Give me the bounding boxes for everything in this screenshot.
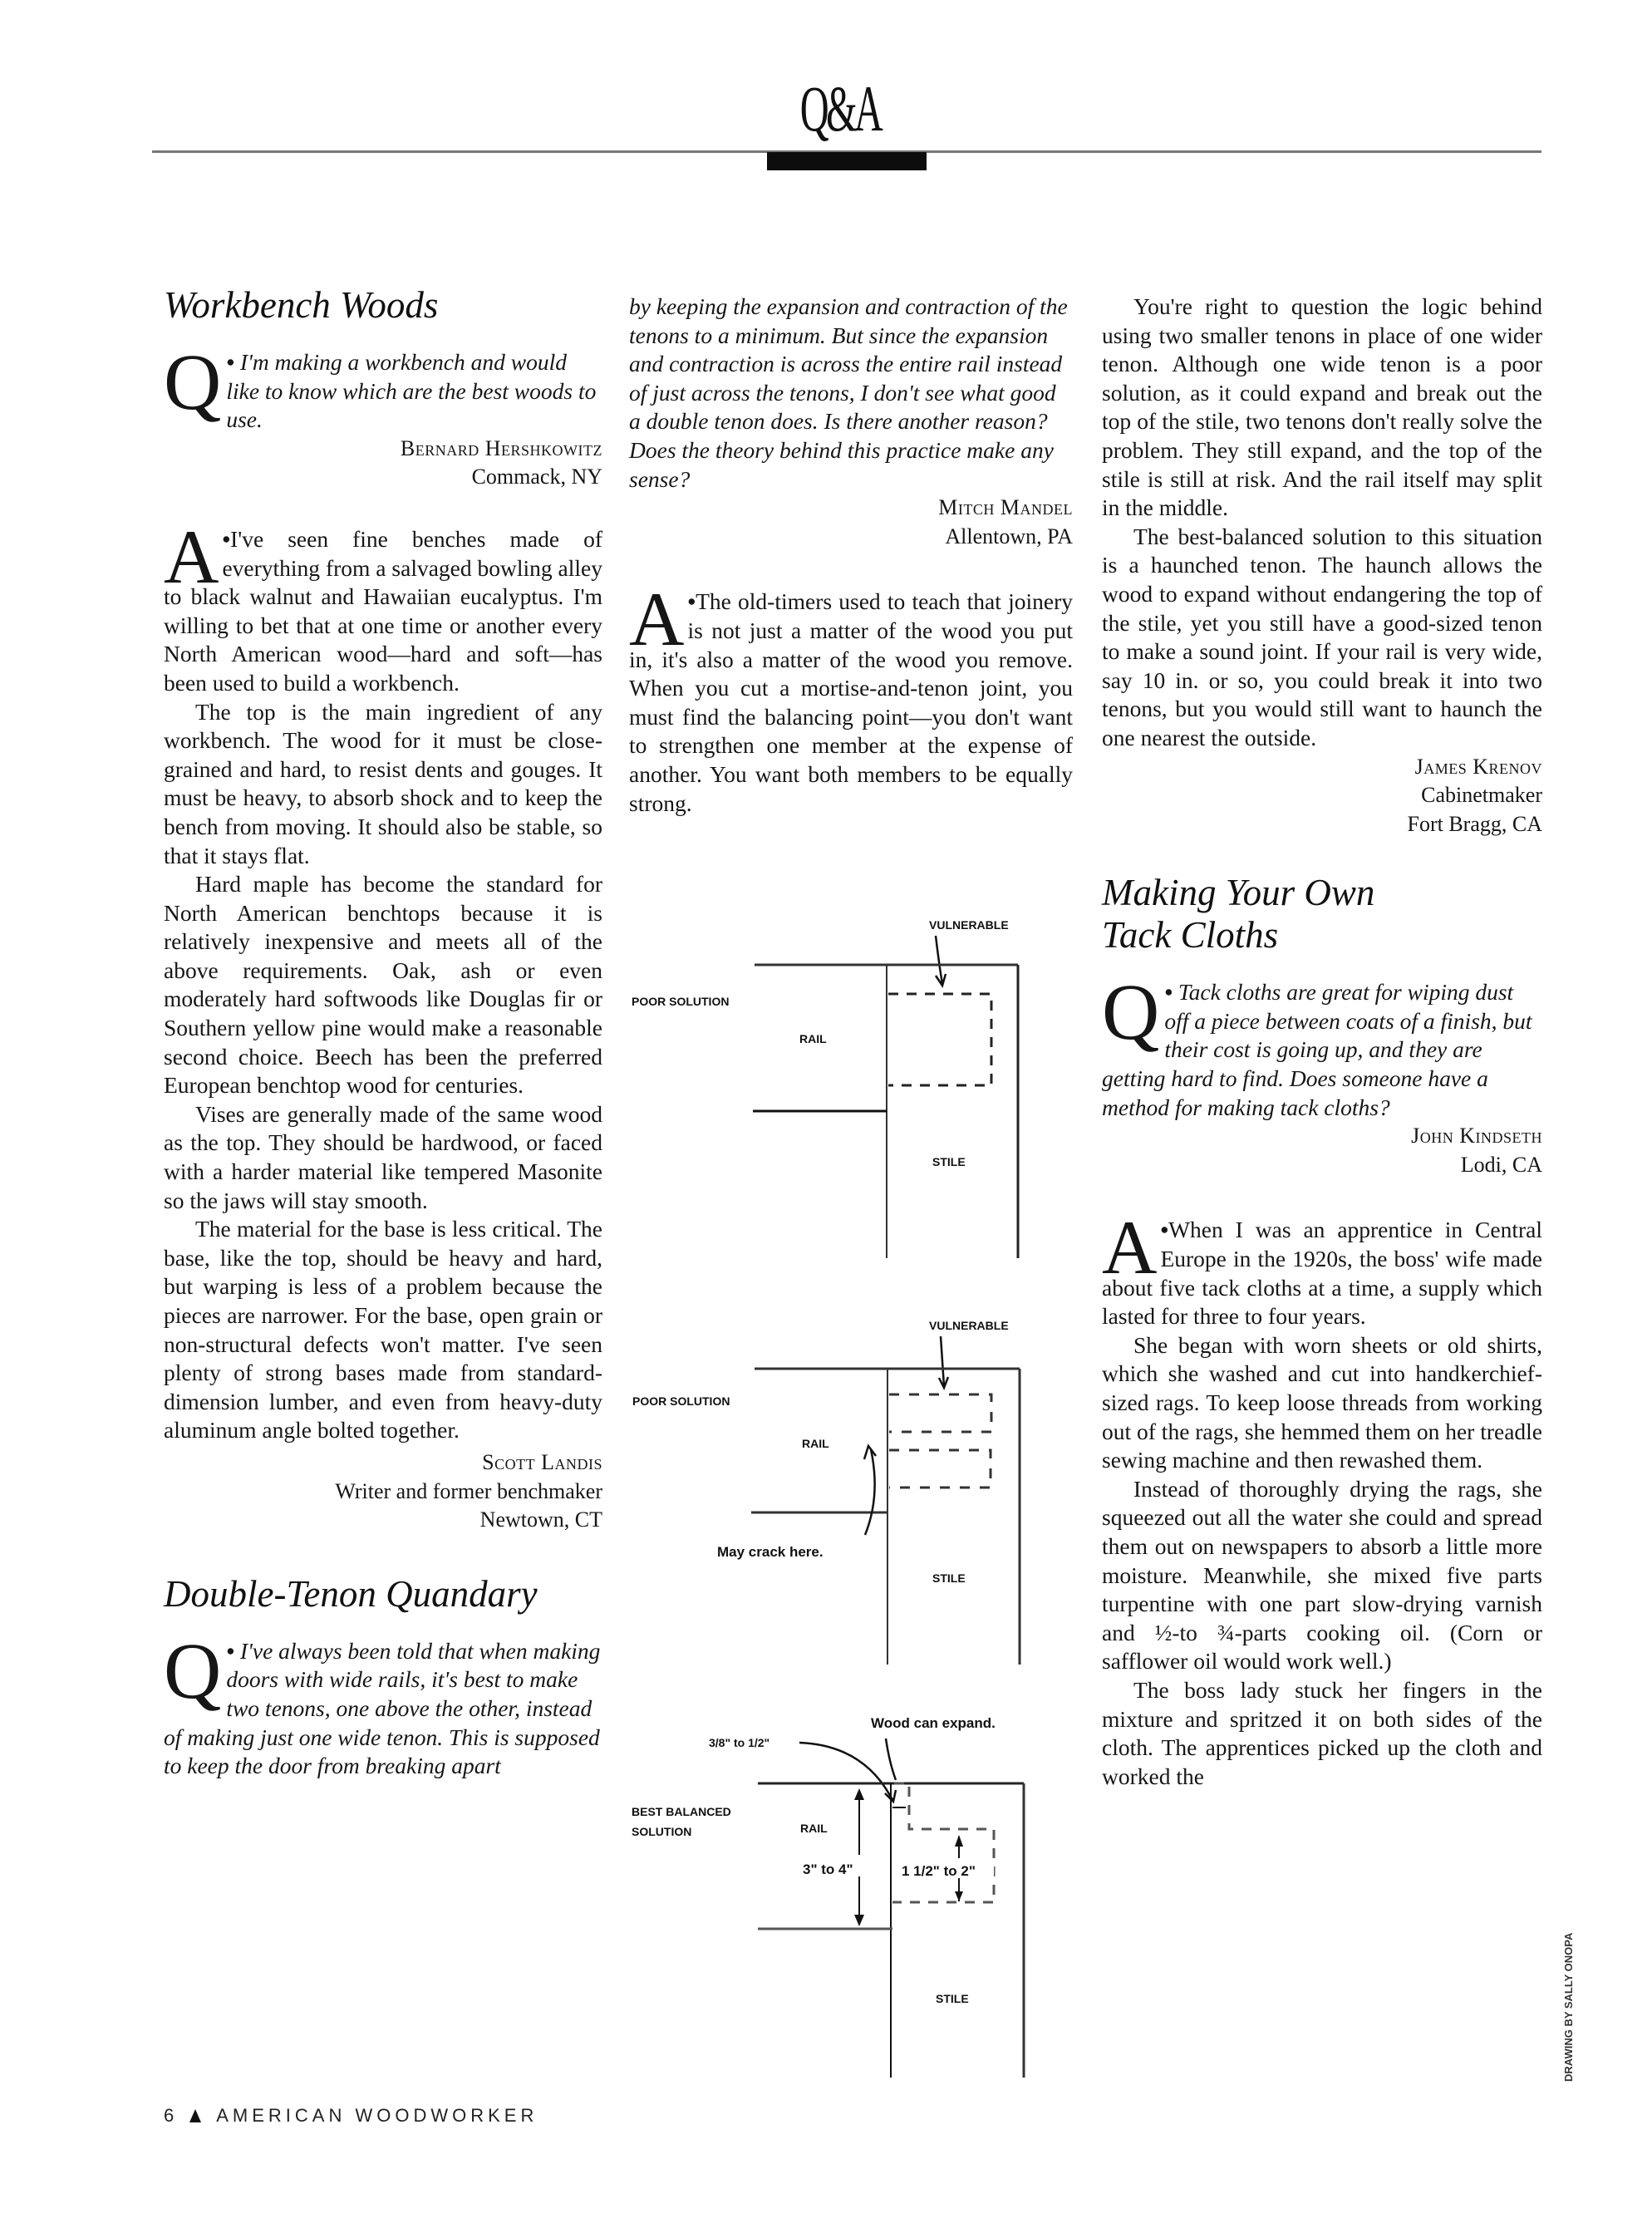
label-rail: RAIL <box>800 1822 828 1835</box>
dropcap-a: A <box>629 591 684 647</box>
diagram-poor-solution-double: VULNERABLE POOR SOLUTION RAIL May crack … <box>615 1296 1097 1691</box>
answer-paragraph: The top is the main ingredient of any wo… <box>164 698 602 871</box>
title-line: Tack Cloths <box>1102 914 1278 956</box>
question-signature: Mitch Mandel Allentown, PA <box>629 494 1073 551</box>
label-poor-solution: POOR SOLUTION <box>632 1394 730 1408</box>
bullet-dot: • <box>226 349 234 375</box>
label-rail: RAIL <box>799 1032 827 1045</box>
question-signature: Bernard Hershkowitz Commack, NY <box>164 435 602 492</box>
bullet-dot: • <box>226 1638 234 1664</box>
answer-double-tenon: A •The old-timers used to teach that joi… <box>629 588 1073 818</box>
question-tack-cloths: Q • Tack cloths are great for wiping dus… <box>1102 978 1542 1122</box>
label-tenon-width: 1 1/2" to 2" <box>902 1863 976 1879</box>
author-location: Fort Bragg, CA <box>1102 810 1542 839</box>
label-stile: STILE <box>936 1992 969 2005</box>
answer-paragraph: She began with worn sheets or old shirts… <box>1102 1331 1542 1475</box>
question-continued: by keeping the expansion and contraction… <box>629 293 1073 494</box>
section-title-qa: Q&A <box>800 76 862 141</box>
article-title-workbench-woods: Workbench Woods <box>164 284 602 327</box>
question-double-tenon: Q • I've always been told that when maki… <box>164 1637 602 1781</box>
answer-tack-cloths: A •When I was an apprentice in Central E… <box>1102 1216 1542 1791</box>
author-name: Mitch Mandel <box>629 494 1073 523</box>
author-name: James Krenov <box>1102 753 1542 782</box>
bullet-dot: • <box>687 588 696 614</box>
label-solution: SOLUTION <box>632 1825 691 1838</box>
label-rail-width: 3" to 4" <box>803 1861 853 1877</box>
column-middle: by keeping the expansion and contraction… <box>629 293 1073 818</box>
author-role: Writer and former benchmaker <box>164 1478 602 1507</box>
answer-paragraph: Vises are generally made of the same woo… <box>164 1100 602 1215</box>
article-title-tack-cloths: Making Your Own Tack Cloths <box>1102 872 1542 957</box>
page-number: 6 <box>164 2105 178 2126</box>
label-haunch-dimension: 3/8" to 1/2" <box>709 1736 769 1749</box>
label-rail: RAIL <box>802 1437 829 1450</box>
label-stile: STILE <box>932 1571 966 1585</box>
label-best-balanced: BEST BALANCED <box>632 1805 731 1818</box>
page-footer: 6AMERICAN WOODWORKER <box>164 2105 538 2127</box>
triangle-icon <box>189 2109 201 2122</box>
dropcap-a: A <box>1102 1219 1157 1276</box>
author-name: John Kindseth <box>1102 1122 1542 1151</box>
answer-paragraph: Hard maple has become the standard for N… <box>164 870 602 1100</box>
author-location: Commack, NY <box>164 463 602 492</box>
answer-signature: Scott Landis Writer and former benchmake… <box>164 1448 602 1535</box>
label-poor-solution: POOR SOLUTION <box>632 995 729 1008</box>
author-role: Cabinetmaker <box>1102 781 1542 810</box>
illustration-credit: DRAWING BY SALLY ONOPA <box>1562 1933 1575 2082</box>
dropcap-q: Q <box>164 1642 221 1700</box>
author-name: Bernard Hershkowitz <box>164 435 602 464</box>
answer-paragraph: The boss lady stuck her fingers in the m… <box>1102 1676 1542 1791</box>
bullet-dot: • <box>222 526 230 552</box>
answer-paragraph: The old-timers used to teach that joiner… <box>629 588 1073 815</box>
column-left: Workbench Woods Q • I'm making a workben… <box>164 283 602 1781</box>
column-right: You're right to question the logic behin… <box>1102 293 1542 1791</box>
answer-paragraph: Instead of thoroughly drying the rags, s… <box>1102 1475 1542 1676</box>
label-stile: STILE <box>932 1155 966 1168</box>
author-location: Lodi, CA <box>1102 1151 1542 1180</box>
label-vulnerable: VULNERABLE <box>929 1319 1009 1332</box>
dropcap-q: Q <box>164 353 221 411</box>
label-wood-can-expand: Wood can expand. <box>871 1715 996 1731</box>
diagram-poor-solution-single: VULNERABLE POOR SOLUTION RAIL STILE <box>615 914 1097 1309</box>
dropcap-q: Q <box>1102 983 1159 1041</box>
publication-name: AMERICAN WOODWORKER <box>216 2105 538 2126</box>
answer-paragraph: You're right to question the logic behin… <box>1102 293 1542 523</box>
question-signature: John Kindseth Lodi, CA <box>1102 1122 1542 1179</box>
article-title-double-tenon: Double-Tenon Quandary <box>164 1573 602 1616</box>
bullet-dot: • <box>1160 1217 1168 1242</box>
author-location: Allentown, PA <box>629 523 1073 552</box>
header-tab-bar <box>767 152 927 170</box>
author-name: Scott Landis <box>164 1448 602 1478</box>
answer-paragraph: The material for the base is less critic… <box>164 1215 602 1445</box>
question-text-continued: by keeping the expansion and contraction… <box>629 293 1073 494</box>
dropcap-a: A <box>164 529 219 585</box>
diagram-best-balanced: Wood can expand. 3/8" to 1/2" BEST BALAN… <box>615 1695 1097 2090</box>
answer-paragraph: When I was an apprentice in Central Euro… <box>1102 1217 1542 1329</box>
question-text: I'm making a workbench and would like to… <box>226 349 596 432</box>
answer-double-tenon-continued: You're right to question the logic behin… <box>1102 293 1542 753</box>
bullet-dot: • <box>1164 979 1173 1005</box>
answer-paragraph: The best-balanced solution to this situa… <box>1102 523 1542 753</box>
question-workbench: Q • I'm making a workbench and would lik… <box>164 348 602 435</box>
answer-workbench: A •I've seen fine benches made of everyt… <box>164 525 602 1445</box>
label-may-crack: May crack here. <box>717 1544 824 1560</box>
title-line: Making Your Own <box>1102 872 1374 913</box>
label-vulnerable: VULNERABLE <box>929 918 1009 932</box>
answer-signature: James Krenov Cabinetmaker Fort Bragg, CA <box>1102 753 1542 839</box>
answer-paragraph: I've seen fine benches made of everythin… <box>164 526 602 696</box>
author-location: Newtown, CT <box>164 1506 602 1535</box>
